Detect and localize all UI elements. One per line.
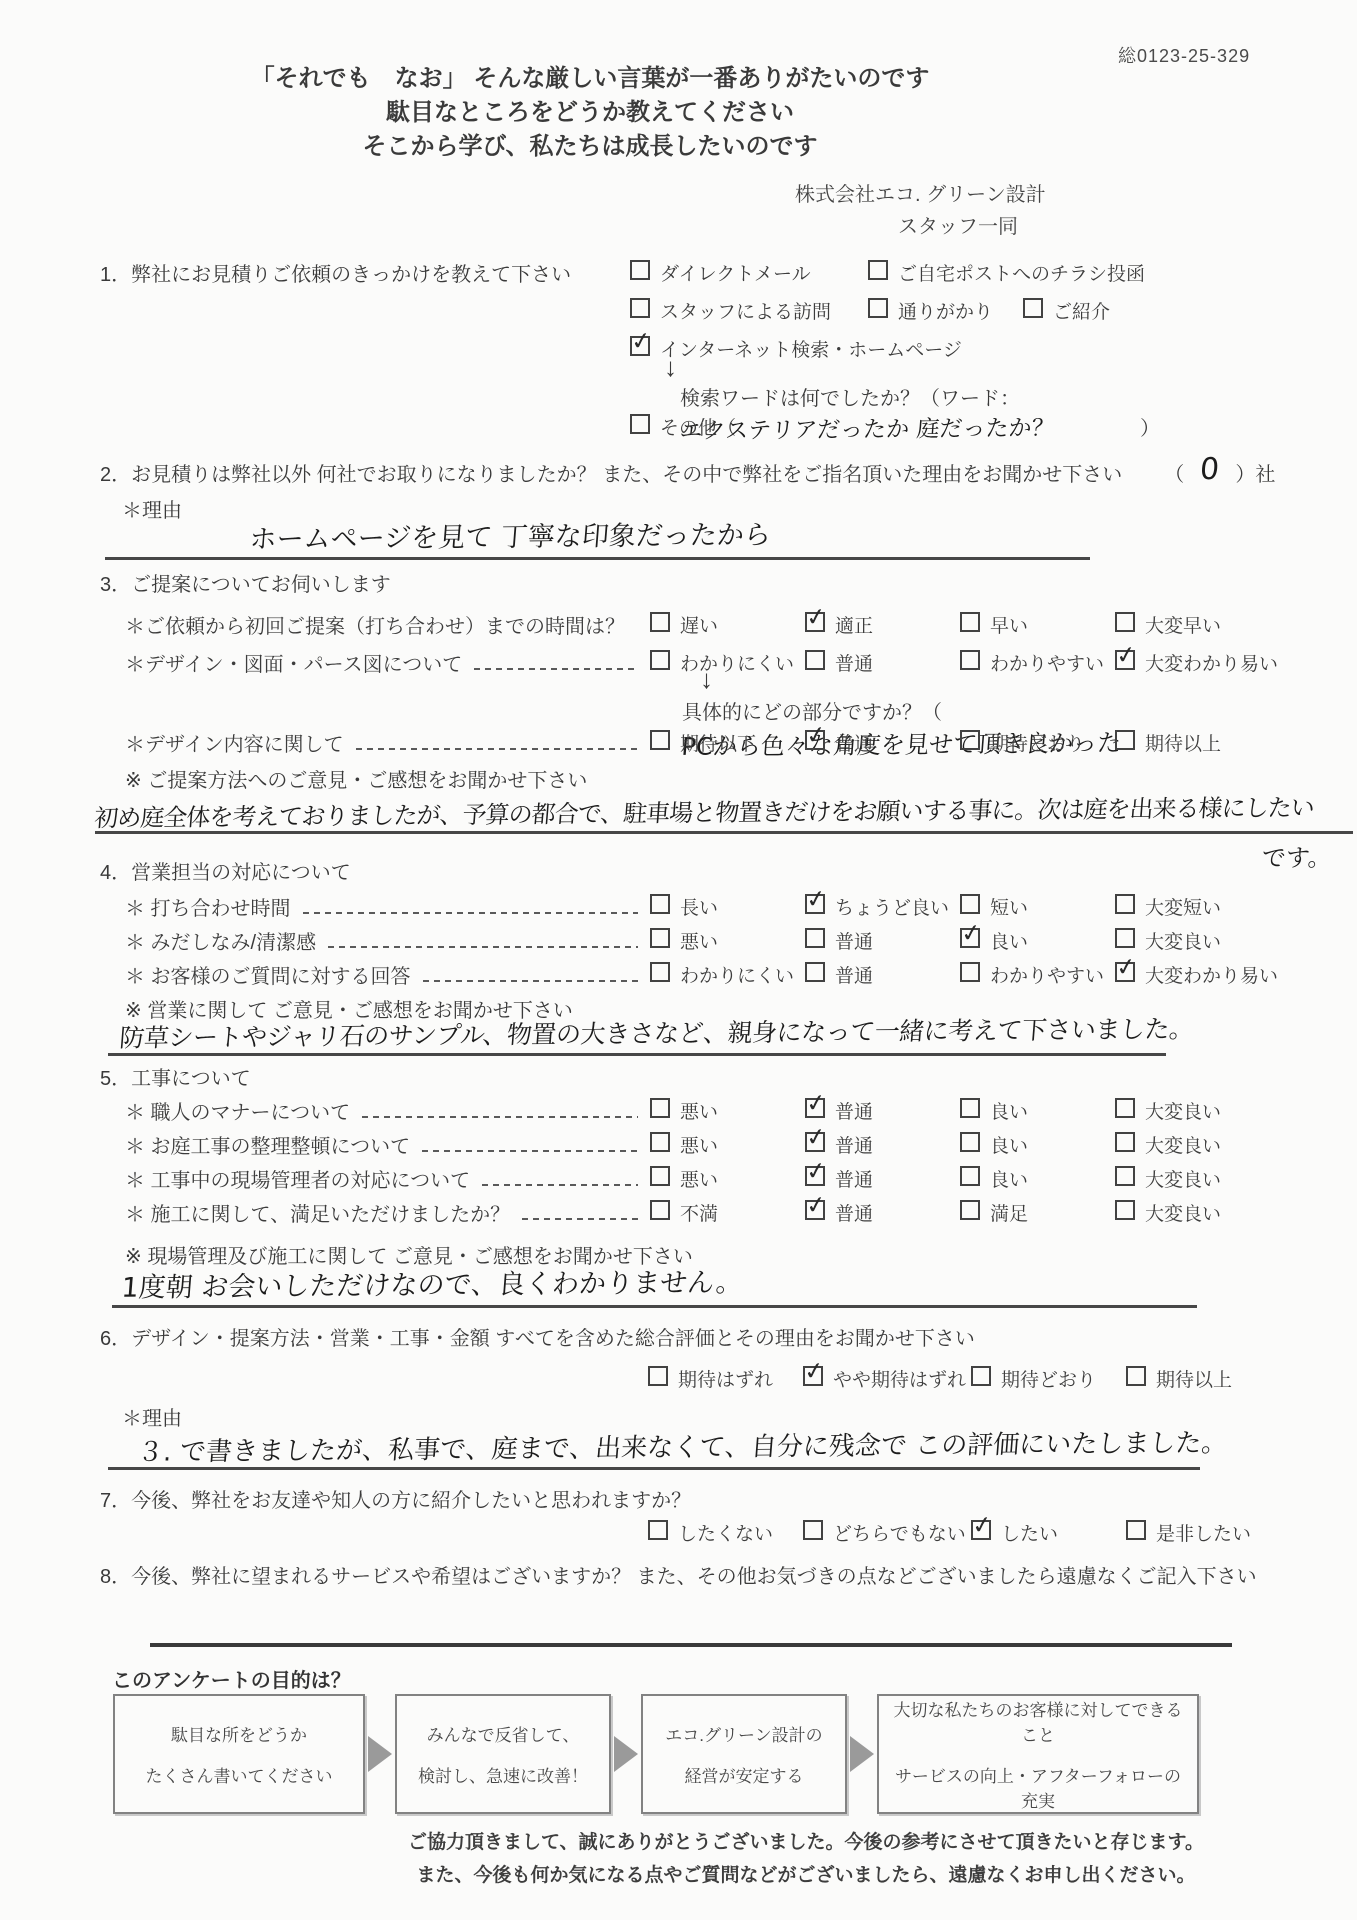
q5-answer-handwritten: 1度朝 お会いしただけなので、良くわかりません。: [120, 1260, 744, 1304]
q3-answer-handwritten-2: です。: [1261, 838, 1334, 874]
q5-row1-label: ＊ 職人のマナーについて: [100, 1096, 350, 1125]
survey-option: わかりやすい: [960, 648, 1115, 676]
check-mark-icon: ✓: [804, 1190, 828, 1221]
right-arrow-icon: [368, 1736, 392, 1772]
checkbox-checked-icon: ✓: [1115, 650, 1135, 670]
q4-row-meeting-time: ＊ 打ち合わせ時間 長い✓ちょうど良い短い大変短い: [100, 892, 1357, 926]
q2-answer-underline: ホームページを見て 丁寧な印象だったから: [105, 506, 1090, 560]
survey-option: 大変早い: [1115, 610, 1270, 638]
check-mark-icon: ✓: [959, 918, 983, 949]
survey-option: 期待どおり: [960, 728, 1115, 756]
down-arrow-icon: ↓: [700, 664, 713, 695]
option-label: したくない: [678, 1518, 773, 1546]
survey-option: 普通: [805, 648, 960, 676]
survey-option: ダイレクトメール: [630, 258, 868, 286]
survey-option: ✓普通: [805, 1096, 960, 1124]
purpose-box-3: エコ.グリーン設計の 経営が安定する: [641, 1694, 847, 1814]
q3-row2-options: わかりにくい普通わかりやすい✓大変わかり易い: [650, 648, 1357, 676]
survey-option: 期待はずれ: [648, 1364, 803, 1392]
footer-line-2: また、今後も何か気になる点やご質問などがございましたら、遠慮なくお申し出ください…: [276, 1859, 1336, 1892]
option-label: 早い: [990, 610, 1028, 638]
checkbox-icon: [960, 612, 980, 632]
check-mark-icon: ✓: [804, 884, 828, 915]
q4-row-question-answers: ＊ お客様のご質問に対する回答 わかりにくい普通わかりやすい✓大変わかり易い: [100, 960, 1357, 994]
checkbox-icon: [1115, 1098, 1135, 1118]
q2-company-count-handwritten: 0: [1199, 452, 1221, 487]
q5-row2-options: 悪い✓普通良い大変良い: [650, 1130, 1357, 1158]
option-label: わかりやすい: [990, 648, 1104, 676]
checkbox-icon: [868, 298, 888, 318]
q3-title: 3．ご提案についてお伺いします: [100, 568, 391, 597]
survey-option: ご自宅ポストへのチラシ投函: [868, 258, 1145, 286]
checkbox-icon: [648, 1520, 668, 1540]
option-label: 普通: [835, 1164, 873, 1192]
checkbox-checked-icon: ✓: [971, 1520, 991, 1540]
purpose-box-2: みんなで反省して、 検討し、急速に改善！: [395, 1694, 611, 1814]
purpose-box-4-line-1: 大切な私たちのお客様に対してできること: [887, 1696, 1189, 1746]
q3-row3-label: ＊デザイン内容に関して: [100, 728, 344, 757]
checkbox-icon: [960, 1166, 980, 1186]
checkbox-icon: [960, 730, 980, 750]
q7-title: 7．今後、弊社をお友達や知人の方に紹介したいと思われますか？: [100, 1484, 691, 1513]
checkbox-icon: [1023, 298, 1043, 318]
q4-answer-underline: 防草シートやジャリ石のサンプル、物置の大きさなど、親身になって一緒に考えて下さい…: [108, 1012, 1166, 1056]
q2-count-close-paren: ）社: [1235, 458, 1275, 487]
check-mark-icon: ✓: [1114, 640, 1138, 671]
checkbox-checked-icon: ✓: [805, 730, 825, 750]
check-mark-icon: ✓: [804, 1088, 828, 1119]
q2-count-open-paren: （: [1164, 458, 1184, 487]
check-mark-icon: ✓: [970, 1510, 994, 1541]
option-label: 大変短い: [1145, 892, 1221, 920]
q5-row4-options: 不満✓普通満足大変良い: [650, 1198, 1357, 1226]
option-label: 大変わかり易い: [1145, 648, 1278, 676]
q3-row1-options: 遅い✓適正早い大変早い: [650, 610, 1357, 638]
q3-row3-options: 期待以下✓普通期待どおり期待以上: [650, 728, 1357, 756]
checkbox-icon: [805, 928, 825, 948]
checkbox-icon: [805, 962, 825, 982]
checkbox-icon: [1115, 730, 1135, 750]
option-label: 大変良い: [1145, 926, 1221, 954]
option-label: インターネット検索・ホームページ: [660, 334, 962, 362]
q4-row2-label: ＊ みだしなみ/清潔感: [100, 926, 316, 955]
survey-option: ✓普通: [805, 1198, 960, 1226]
checkbox-icon: [960, 962, 980, 982]
checkbox-icon: [650, 1098, 670, 1118]
survey-option: 大変良い: [1115, 1096, 1270, 1124]
q4-title: 4．営業担当の対応について: [100, 856, 351, 885]
check-mark-icon: ✓: [804, 720, 828, 751]
survey-option: 満足: [960, 1198, 1115, 1226]
survey-option: 悪い: [650, 1164, 805, 1192]
checkbox-icon: [1115, 612, 1135, 632]
header-line-2: 駄目なところをどうか教えてください: [0, 96, 1180, 130]
q3-row-response-time: ＊ご依頼から初回ご提案（打ち合わせ）までの時間は？ 遅い✓適正早い大変早い: [100, 610, 1357, 644]
q5-row3-label: ＊ 工事中の現場管理者の対応について: [100, 1164, 470, 1193]
survey-option: 大変良い: [1115, 926, 1270, 954]
checkbox-icon: [650, 1166, 670, 1186]
q5-row1-options: 悪い✓普通良い大変良い: [650, 1096, 1357, 1124]
checkbox-icon: [650, 1132, 670, 1152]
survey-option: ✓大変わかり易い: [1115, 960, 1278, 988]
survey-option: 是非したい: [1126, 1518, 1281, 1546]
purpose-box-2-line-1: みんなで反省して、: [405, 1721, 601, 1746]
option-label: 大変わかり易い: [1145, 960, 1278, 988]
purpose-box-1-line-2: たくさん書いてください: [123, 1762, 355, 1787]
option-label: 良い: [990, 1130, 1028, 1158]
option-label: 良い: [990, 1164, 1028, 1192]
survey-option: 大変良い: [1115, 1164, 1270, 1192]
option-label: 良い: [990, 926, 1028, 954]
check-mark-icon: ✓: [804, 1122, 828, 1153]
dotted-leader: [328, 946, 638, 948]
footer-line-1: ご協力頂きまして、誠にありがとうございました。今後の参考にさせて頂きたいと存じま…: [276, 1826, 1336, 1859]
option-label: 普通: [835, 926, 873, 954]
checkbox-icon: [1115, 1200, 1135, 1220]
option-label: 期待以下: [680, 728, 756, 756]
checkbox-checked-icon: ✓: [805, 1098, 825, 1118]
checkbox-icon: [1115, 1132, 1135, 1152]
checkbox-icon: [1115, 1166, 1135, 1186]
survey-option: どちらでもない: [803, 1518, 971, 1546]
checkbox-icon: [630, 298, 650, 318]
checkbox-icon: [803, 1520, 823, 1540]
q4-answer-handwritten: 防草シートやジャリ石のサンプル、物置の大きさなど、親身になって一緒に考えて下さい…: [118, 1009, 1195, 1054]
survey-option: スタッフによる訪問: [630, 296, 868, 324]
checkbox-icon: [1115, 928, 1135, 948]
option-label: やや期待はずれ: [833, 1364, 966, 1392]
survey-option: ✓普通: [805, 728, 960, 756]
option-label: 普通: [835, 960, 873, 988]
header-line-1: 「それでも なお」 そんな厳しい言葉が一番ありがたいのです: [0, 62, 1180, 96]
option-label: 遅い: [680, 610, 718, 638]
survey-option: 悪い: [650, 926, 805, 954]
q1-other-close-paren: ）: [1140, 412, 1160, 441]
option-label: スタッフによる訪問: [660, 296, 831, 324]
option-label: 短い: [990, 892, 1028, 920]
option-label: わかりやすい: [990, 960, 1104, 988]
option-label: 大変良い: [1145, 1198, 1221, 1226]
checkbox-icon: [805, 650, 825, 670]
survey-option: 大変良い: [1115, 1198, 1270, 1226]
option-label: 悪い: [680, 1130, 718, 1158]
q5-title: 5．工事について: [100, 1062, 251, 1091]
checkbox-icon: [960, 894, 980, 914]
survey-option: ✓やや期待はずれ: [803, 1364, 971, 1392]
header-message: 「それでも なお」 そんな厳しい言葉が一番ありがたいのです 駄目なところをどうか…: [0, 62, 1180, 164]
q8-title: 8．今後、弊社に望まれるサービスや希望はございますか？ また、その他お気づきの点…: [100, 1560, 1257, 1589]
q3-row-design-content: ＊デザイン内容に関して 期待以下✓普通期待どおり期待以上: [100, 728, 1357, 762]
checkbox-icon: [1126, 1520, 1146, 1540]
option-label: 普通: [835, 1096, 873, 1124]
option-label: 不満: [680, 1198, 718, 1226]
q3-answer-continuation: です。: [1262, 838, 1332, 873]
checkbox-icon: [648, 1366, 668, 1386]
survey-option: 不満: [650, 1198, 805, 1226]
checkbox-icon: [650, 962, 670, 982]
checkbox-checked-icon: ✓: [960, 928, 980, 948]
checkbox-checked-icon: ✓: [803, 1366, 823, 1386]
survey-option: 長い: [650, 892, 805, 920]
dotted-leader: [362, 1116, 638, 1118]
q5-row-site-manager: ＊ 工事中の現場管理者の対応について 悪い✓普通良い大変良い: [100, 1164, 1357, 1198]
survey-option: その他（: [630, 412, 785, 440]
header-line-3: そこから学び、私たちは成長したいのです: [0, 130, 1180, 164]
survey-option: 良い: [960, 1096, 1115, 1124]
survey-option: 悪い: [650, 1130, 805, 1158]
survey-option: 通りがかり: [868, 296, 1023, 324]
option-label: 普通: [835, 1130, 873, 1158]
option-label: したい: [1001, 1518, 1058, 1546]
checkbox-icon: [1126, 1366, 1146, 1386]
survey-option: わかりやすい: [960, 960, 1115, 988]
right-arrow-icon: [850, 1736, 874, 1772]
q3-row1-label: ＊ご依頼から初回ご提案（打ち合わせ）までの時間は？: [100, 610, 625, 639]
q1-other-option: その他（: [630, 412, 785, 440]
checkbox-icon: [1115, 894, 1135, 914]
survey-option: ✓大変わかり易い: [1115, 648, 1278, 676]
option-label: ちょうど良い: [835, 892, 949, 920]
dotted-leader: [356, 748, 638, 750]
checkbox-icon: [971, 1366, 991, 1386]
survey-option: ご紹介: [1023, 296, 1178, 324]
q4-row2-options: 悪い普通✓良い大変良い: [650, 926, 1357, 954]
right-arrow-icon: [614, 1736, 638, 1772]
checkbox-checked-icon: ✓: [805, 1200, 825, 1220]
option-label: 大変早い: [1145, 610, 1221, 638]
option-label: 期待どおり: [1001, 1364, 1096, 1392]
q1-options-row1: ダイレクトメールご自宅ポストへのチラシ投函: [630, 258, 1145, 286]
q1-search-word-question: 検索ワードは何でしたか？（ワード：: [680, 388, 1020, 410]
down-arrow-icon: ↓: [664, 352, 677, 383]
checkbox-icon: [630, 260, 650, 280]
q3-row-design-drawings: ＊デザイン・図面・パース図について わかりにくい普通わかりやすい✓大変わかり易い: [100, 648, 1357, 682]
option-label: どちらでもない: [833, 1518, 966, 1546]
option-label: 大変良い: [1145, 1096, 1221, 1124]
checkbox-icon: [630, 414, 650, 434]
dotted-leader: [482, 1184, 638, 1186]
purpose-flow: 駄目な所をどうか たくさん書いてください みんなで反省して、 検討し、急速に改善…: [113, 1694, 1199, 1814]
survey-option: 良い: [960, 1130, 1115, 1158]
survey-option: 期待以下: [650, 728, 805, 756]
q4-row3-label: ＊ お客様のご質問に対する回答: [100, 960, 411, 989]
q4-row-grooming: ＊ みだしなみ/清潔感 悪い普通✓良い大変良い: [100, 926, 1357, 960]
q6-answer-handwritten: ３. で書きましたが、私事で、庭まで、出来なくて、自分に残念で この評価にいたし…: [136, 1422, 1229, 1469]
q3-comment-prompt: ※ ご提案方法へのご意見・ご感想をお聞かせ下さい: [125, 764, 587, 793]
survey-option: ✓したい: [971, 1518, 1126, 1546]
option-label: 悪い: [680, 1164, 718, 1192]
checkbox-icon: [650, 928, 670, 948]
footer-thanks: ご協力頂きまして、誠にありがとうございました。今後の参考にさせて頂きたいと存じま…: [276, 1826, 1336, 1892]
q5-row-tidiness: ＊ お庭工事の整理整頓について 悪い✓普通良い大変良い: [100, 1130, 1357, 1164]
q2-answer-handwritten: ホームページを見て 丁寧な印象だったから: [248, 513, 772, 557]
dotted-leader: [474, 668, 638, 670]
check-mark-icon: ✓: [1114, 952, 1138, 983]
checkbox-checked-icon: ✓: [805, 894, 825, 914]
q6-answer-underline: ３. で書きましたが、私事で、庭まで、出来なくて、自分に残念で この評価にいたし…: [108, 1424, 1200, 1470]
survey-option: 短い: [960, 892, 1115, 920]
option-label: 普通: [835, 1198, 873, 1226]
survey-option: 期待以上: [1115, 728, 1270, 756]
dotted-leader: [423, 980, 638, 982]
survey-option: 早い: [960, 610, 1115, 638]
option-label: わかりにくい: [680, 648, 794, 676]
checkbox-checked-icon: ✓: [805, 1132, 825, 1152]
option-label: 満足: [990, 1198, 1028, 1226]
checkbox-checked-icon: ✓: [630, 336, 650, 356]
option-label: ダイレクトメール: [660, 258, 811, 286]
option-label: 適正: [835, 610, 873, 638]
dotted-leader: [303, 912, 638, 914]
purpose-box-4: 大切な私たちのお客様に対してできること サービスの向上・アフターフォローの充実: [877, 1694, 1199, 1814]
survey-option: したくない: [648, 1518, 803, 1546]
option-label: 期待はずれ: [678, 1364, 773, 1392]
purpose-box-1: 駄目な所をどうか たくさん書いてください: [113, 1694, 365, 1814]
q5-answer-underline: 1度朝 お会いしただけなので、良くわかりません。: [112, 1260, 1197, 1308]
survey-option: 大変短い: [1115, 892, 1270, 920]
q7-options: したくないどちらでもない✓したい是非したい: [648, 1518, 1281, 1546]
checkbox-icon: [960, 1200, 980, 1220]
checkbox-checked-icon: ✓: [1115, 962, 1135, 982]
check-mark-icon: ✓: [629, 326, 653, 357]
company-name: 株式会社エコ. グリーン設計: [795, 178, 1046, 207]
checkbox-checked-icon: ✓: [805, 612, 825, 632]
survey-option: 期待以上: [1126, 1364, 1281, 1392]
q1-title: 1．弊社にお見積りご依頼のきっかけを教えて下さい: [100, 258, 571, 287]
survey-option: ✓良い: [960, 926, 1115, 954]
survey-option: ✓普通: [805, 1130, 960, 1158]
q3-answer-underline: 初め庭全体を考えておりましたが、予算の都合で、駐車場と物置きだけをお願いする事に…: [95, 790, 1353, 834]
checkbox-icon: [960, 1098, 980, 1118]
purpose-box-2-line-2: 検討し、急速に改善！: [405, 1762, 601, 1787]
checkbox-icon: [650, 612, 670, 632]
survey-option: 悪い: [650, 1096, 805, 1124]
purpose-box-3-line-2: 経営が安定する: [651, 1762, 837, 1787]
q6-options: 期待はずれ✓やや期待はずれ期待どおり期待以上: [648, 1364, 1281, 1392]
purpose-box-4-line-2: サービスの向上・アフターフォローの充実: [887, 1762, 1189, 1812]
option-label: 期待以上: [1145, 728, 1221, 756]
q2-title-row: 2．お見積りは弊社以外 何社でお取りになりましたか？ また、その中で弊社をご指名…: [100, 458, 1275, 487]
checkbox-icon: [650, 730, 670, 750]
survey-option: 普通: [805, 960, 960, 988]
option-label: ご自宅ポストへのチラシ投函: [898, 258, 1145, 286]
survey-option: 大変良い: [1115, 1130, 1270, 1158]
survey-option: 良い: [960, 1164, 1115, 1192]
check-mark-icon: ✓: [802, 1356, 826, 1387]
check-mark-icon: ✓: [804, 1156, 828, 1187]
checkbox-icon: [650, 1200, 670, 1220]
option-label: 大変良い: [1145, 1164, 1221, 1192]
survey-option: ✓ちょうど良い: [805, 892, 960, 920]
survey-option: ✓普通: [805, 1164, 960, 1192]
option-label: 期待どおり: [990, 728, 1085, 756]
option-label: 通りがかり: [898, 296, 993, 324]
q4-row1-label: ＊ 打ち合わせ時間: [100, 892, 291, 921]
option-label: 普通: [835, 728, 873, 756]
q5-row-worker-manners: ＊ 職人のマナーについて 悪い✓普通良い大変良い: [100, 1096, 1357, 1130]
survey-option: わかりにくい: [650, 960, 805, 988]
q4-row3-options: わかりにくい普通わかりやすい✓大変わかり易い: [650, 960, 1357, 988]
survey-scan-page: 総0123-25-329 「それでも なお」 そんな厳しい言葉が一番ありがたいの…: [0, 0, 1357, 1920]
checkbox-icon: [868, 260, 888, 280]
q5-row-construction-satisfaction: ＊ 施工に関して、満足いただけましたか？ 不満✓普通満足大変良い: [100, 1198, 1357, 1232]
option-label: 普通: [835, 648, 873, 676]
option-label: わかりにくい: [680, 960, 794, 988]
option-label: 悪い: [680, 926, 718, 954]
q6-title: 6．デザイン・提案方法・営業・工事・金額 すべてを含めた総合評価とその理由をお聞…: [100, 1322, 975, 1351]
q5-row4-label: ＊ 施工に関して、満足いただけましたか？: [100, 1198, 510, 1227]
checkbox-checked-icon: ✓: [805, 1166, 825, 1186]
option-label: その他（: [660, 412, 736, 440]
survey-option: 期待どおり: [971, 1364, 1126, 1392]
company-staff: スタッフ一同: [898, 210, 1018, 239]
section-divider: [150, 1643, 1232, 1647]
check-mark-icon: ✓: [804, 602, 828, 633]
q4-row1-options: 長い✓ちょうど良い短い大変短い: [650, 892, 1357, 920]
purpose-title: このアンケートの目的は？: [112, 1664, 351, 1693]
q1-options-row3: ✓インターネット検索・ホームページ: [630, 334, 962, 362]
dotted-leader: [422, 1150, 638, 1152]
survey-option: 遅い: [650, 610, 805, 638]
q5-row2-label: ＊ お庭工事の整理整頓について: [100, 1130, 410, 1159]
q3-row2-label: ＊デザイン・図面・パース図について: [100, 648, 462, 677]
option-label: 長い: [680, 892, 718, 920]
checkbox-icon: [650, 650, 670, 670]
purpose-box-1-line-1: 駄目な所をどうか: [123, 1721, 355, 1746]
checkbox-icon: [960, 650, 980, 670]
option-label: 是非したい: [1156, 1518, 1251, 1546]
q1-options-row2: スタッフによる訪問通りがかりご紹介: [630, 296, 1178, 324]
survey-option: ✓インターネット検索・ホームページ: [630, 334, 962, 362]
option-label: 期待以上: [1156, 1364, 1232, 1392]
survey-option: 普通: [805, 926, 960, 954]
q3-answer-handwritten: 初め庭全体を考えておりましたが、予算の都合で、駐車場と物置きだけをお願いする事に…: [93, 788, 1315, 834]
option-label: 悪い: [680, 1096, 718, 1124]
q2-title: 2．お見積りは弊社以外 何社でお取りになりましたか？ また、その中で弊社をご指名…: [100, 458, 1122, 487]
q5-row3-options: 悪い✓普通良い大変良い: [650, 1164, 1357, 1192]
option-label: 良い: [990, 1096, 1028, 1124]
purpose-box-3-line-1: エコ.グリーン設計の: [651, 1721, 837, 1746]
checkbox-icon: [650, 894, 670, 914]
dotted-leader: [522, 1218, 638, 1220]
survey-option: わかりにくい: [650, 648, 805, 676]
option-label: ご紹介: [1053, 296, 1110, 324]
survey-option: ✓適正: [805, 610, 960, 638]
checkbox-icon: [960, 1132, 980, 1152]
option-label: 大変良い: [1145, 1130, 1221, 1158]
